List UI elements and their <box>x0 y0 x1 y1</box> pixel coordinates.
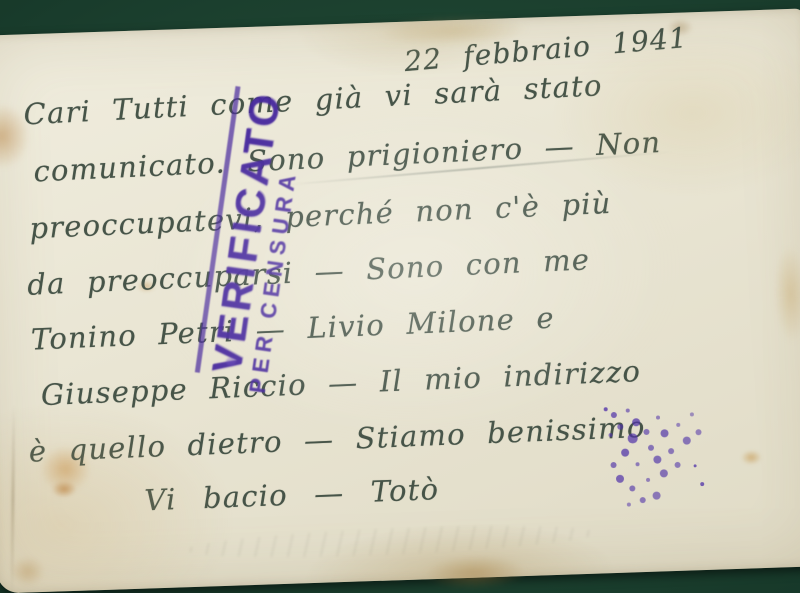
signature-line: Vi bacio — Totò <box>144 472 440 517</box>
letter-line-6: Giuseppe Riccio — Il mio indirizzo <box>40 354 641 412</box>
foxing-stain <box>52 481 77 498</box>
letter-line-3: preoccupatevi, perché non c'è più <box>29 186 613 245</box>
date-line: 22 febbraio 1941 <box>403 21 689 78</box>
ink-speck <box>700 482 704 486</box>
faint-impressed-writing <box>186 520 597 563</box>
letter-line-7: è quello dietro — Stiamo benissimo <box>28 410 646 469</box>
foxing-stain <box>741 450 761 465</box>
letter-line-1: Cari Tutti come già vi sarà stato <box>23 68 604 131</box>
letter-line-5: Tonino Petri — Livio Milone e <box>30 301 555 357</box>
letter-line-4: da preoccuparsi — Sono con me <box>27 242 591 302</box>
photo-background: 22 febbraio 1941 Cari Tutti come già vi … <box>0 0 800 593</box>
ink-speck <box>694 464 697 467</box>
foxing-stain <box>772 244 800 345</box>
violet-ink-blot <box>604 407 608 411</box>
postcard: 22 febbraio 1941 Cari Tutti come già vi … <box>0 8 800 593</box>
foxing-stain <box>10 556 45 587</box>
paper-crease <box>10 405 15 593</box>
foxing-stain <box>425 554 526 591</box>
